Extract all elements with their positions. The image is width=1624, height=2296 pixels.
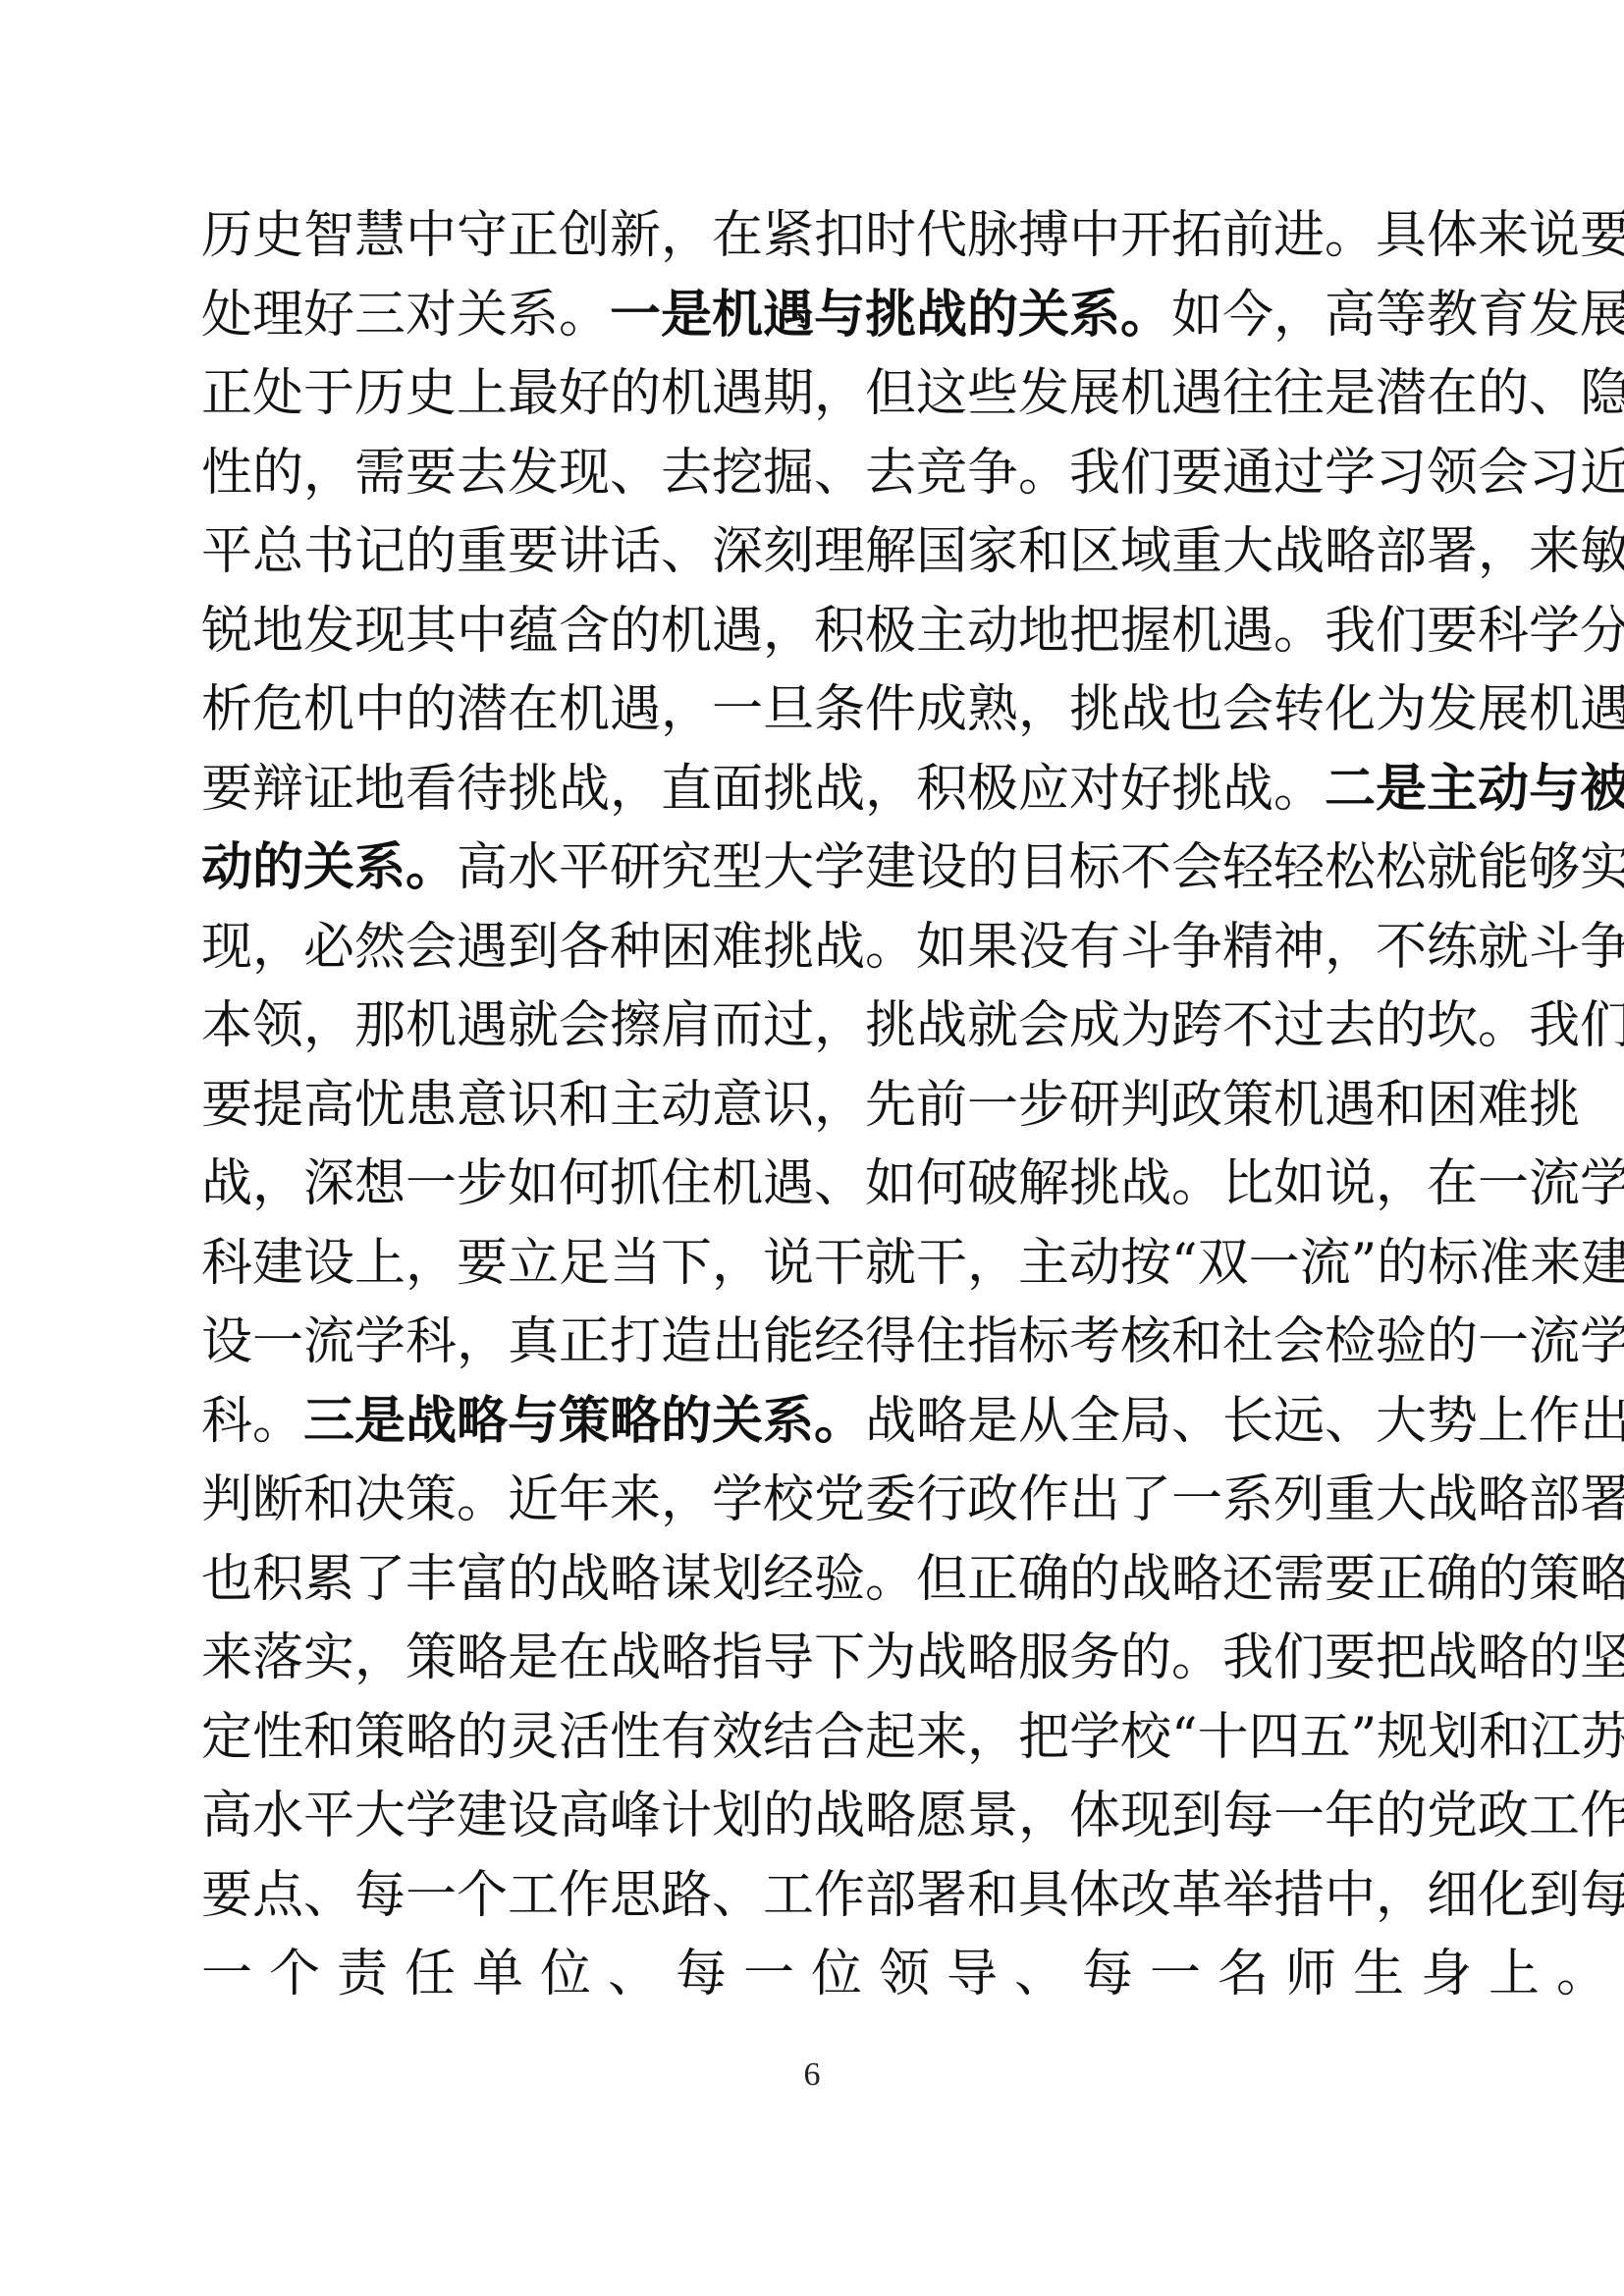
bold-heading-text: 一是机遇与挑战的关系。 (610, 286, 1171, 345)
body-text: 锐地发现其中蕴含的机遇，积极主动地把握机遇。我们要科学分 (201, 602, 1624, 661)
body-text: 高水平大学建设高峰计划的战略愿景，体现到每一年的党政工作 (201, 1787, 1624, 1845)
bold-heading-text: 三是战略与策略的关系。 (303, 1392, 865, 1451)
body-text: 要点、每一个工作思路、工作部署和具体改革举措中，细化到每 (201, 1866, 1624, 1925)
text-line: 正处于历史上最好的机遇期，但这些发展机遇往往是潜在的、隐 (201, 361, 1431, 441)
body-text: 本领，那机遇就会擦肩而过，挑战就会成为跨不过去的坎。我们 (201, 996, 1624, 1055)
text-line: 平总书记的重要讲话、深刻理解国家和区域重大战略部署，来敏 (201, 519, 1431, 599)
text-line: 析危机中的潜在机遇，一旦条件成熟，挑战也会转化为发展机遇； (201, 677, 1431, 757)
body-text: 要提高忧患意识和主动意识，先前一步研判政策机遇和困难挑 (201, 1076, 1580, 1135)
body-text: 来落实，策略是在战略指导下为战略服务的。我们要把战略的坚 (201, 1629, 1624, 1687)
body-text: 要辩证地看待挑战，直面挑战，积极应对好挑战。 (201, 760, 1325, 819)
text-line: 要提高忧患意识和主动意识，先前一步研判政策机遇和困难挑 (201, 1073, 1431, 1152)
body-text: 一个责任单位、每一位领导、每一名师生身上。 (201, 1945, 1624, 2003)
body-text: 高水平研究型大学建设的目标不会轻轻松松就能够实 (457, 838, 1624, 897)
text-line: 现，必然会遇到各种困难挑战。如果没有斗争精神，不练就斗争 (201, 915, 1431, 994)
body-text: 如今，高等教育发展 (1171, 286, 1624, 345)
text-line: 判断和决策。近年来，学校党委行政作出了一系列重大战略部署， (201, 1468, 1431, 1547)
text-line: 一个责任单位、每一位领导、每一名师生身上。 (201, 1942, 1431, 2021)
text-line: 动的关系。高水平研究型大学建设的目标不会轻轻松松就能够实 (201, 835, 1431, 915)
body-text: 科建设上，要立足当下，说干就干，主动按“双一流”的标准来建 (201, 1234, 1624, 1293)
body-text: 科。 (201, 1392, 303, 1451)
body-text: 定性和策略的灵活性有效结合起来，把学校“十四五”规划和江苏 (201, 1708, 1624, 1767)
document-page: 历史智慧中守正创新，在紧扣时代脉搏中开拓前进。具体来说要处理好三对关系。一是机遇… (0, 0, 1624, 2296)
body-text: 处理好三对关系。 (201, 286, 610, 345)
body-text: 平总书记的重要讲话、深刻理解国家和区域重大战略部署，来敏 (201, 522, 1624, 581)
body-text: 战，深想一步如何抓住机遇、如何破解挑战。比如说，在一流学 (201, 1154, 1624, 1213)
page-number: 6 (0, 2056, 1624, 2094)
body-text: 析危机中的潜在机遇，一旦条件成熟，挑战也会转化为发展机遇； (201, 680, 1624, 739)
body-text: 也积累了丰富的战略谋划经验。但正确的战略还需要正确的策略 (201, 1550, 1624, 1609)
text-line: 定性和策略的灵活性有效结合起来，把学校“十四五”规划和江苏 (201, 1705, 1431, 1785)
text-line: 锐地发现其中蕴含的机遇，积极主动地把握机遇。我们要科学分 (201, 599, 1431, 678)
body-text: 战略是从全局、长远、大势上作出 (865, 1392, 1624, 1451)
bold-heading-text: 动的关系。 (201, 838, 457, 897)
text-line: 处理好三对关系。一是机遇与挑战的关系。如今，高等教育发展 (201, 283, 1431, 362)
body-text: 历史智慧中守正创新，在紧扣时代脉搏中开拓前进。具体来说要 (201, 206, 1624, 265)
text-line: 要点、每一个工作思路、工作部署和具体改革举措中，细化到每 (201, 1863, 1431, 1943)
text-line: 要辩证地看待挑战，直面挑战，积极应对好挑战。二是主动与被 (201, 757, 1431, 836)
text-line: 战，深想一步如何抓住机遇、如何破解挑战。比如说，在一流学 (201, 1151, 1431, 1231)
text-line: 也积累了丰富的战略谋划经验。但正确的战略还需要正确的策略 (201, 1547, 1431, 1627)
body-text: 正处于历史上最好的机遇期，但这些发展机遇往往是潜在的、隐 (201, 364, 1624, 423)
text-line: 性的，需要去发现、去挖掘、去竞争。我们要通过学习领会习近 (201, 441, 1431, 520)
body-text: 性的，需要去发现、去挖掘、去竞争。我们要通过学习领会习近 (201, 444, 1624, 503)
text-line: 来落实，策略是在战略指导下为战略服务的。我们要把战略的坚 (201, 1626, 1431, 1705)
text-line: 历史智慧中守正创新，在紧扣时代脉搏中开拓前进。具体来说要 (201, 203, 1431, 283)
text-line: 科建设上，要立足当下，说干就干，主动按“双一流”的标准来建 (201, 1231, 1431, 1310)
body-text: 判断和决策。近年来，学校党委行政作出了一系列重大战略部署， (201, 1470, 1624, 1529)
text-line: 设一流学科，真正打造出能经得住指标考核和社会检验的一流学 (201, 1309, 1431, 1389)
body-text: 现，必然会遇到各种困难挑战。如果没有斗争精神，不练就斗争 (201, 918, 1624, 977)
body-paragraph: 历史智慧中守正创新，在紧扣时代脉搏中开拓前进。具体来说要处理好三对关系。一是机遇… (201, 203, 1431, 2021)
bold-heading-text: 二是主动与被 (1325, 760, 1624, 819)
text-line: 高水平大学建设高峰计划的战略愿景，体现到每一年的党政工作 (201, 1784, 1431, 1863)
body-text: 设一流学科，真正打造出能经得住指标考核和社会检验的一流学 (201, 1312, 1624, 1371)
text-line: 本领，那机遇就会擦肩而过，挑战就会成为跨不过去的坎。我们 (201, 993, 1431, 1073)
text-line: 科。三是战略与策略的关系。战略是从全局、长远、大势上作出 (201, 1389, 1431, 1468)
